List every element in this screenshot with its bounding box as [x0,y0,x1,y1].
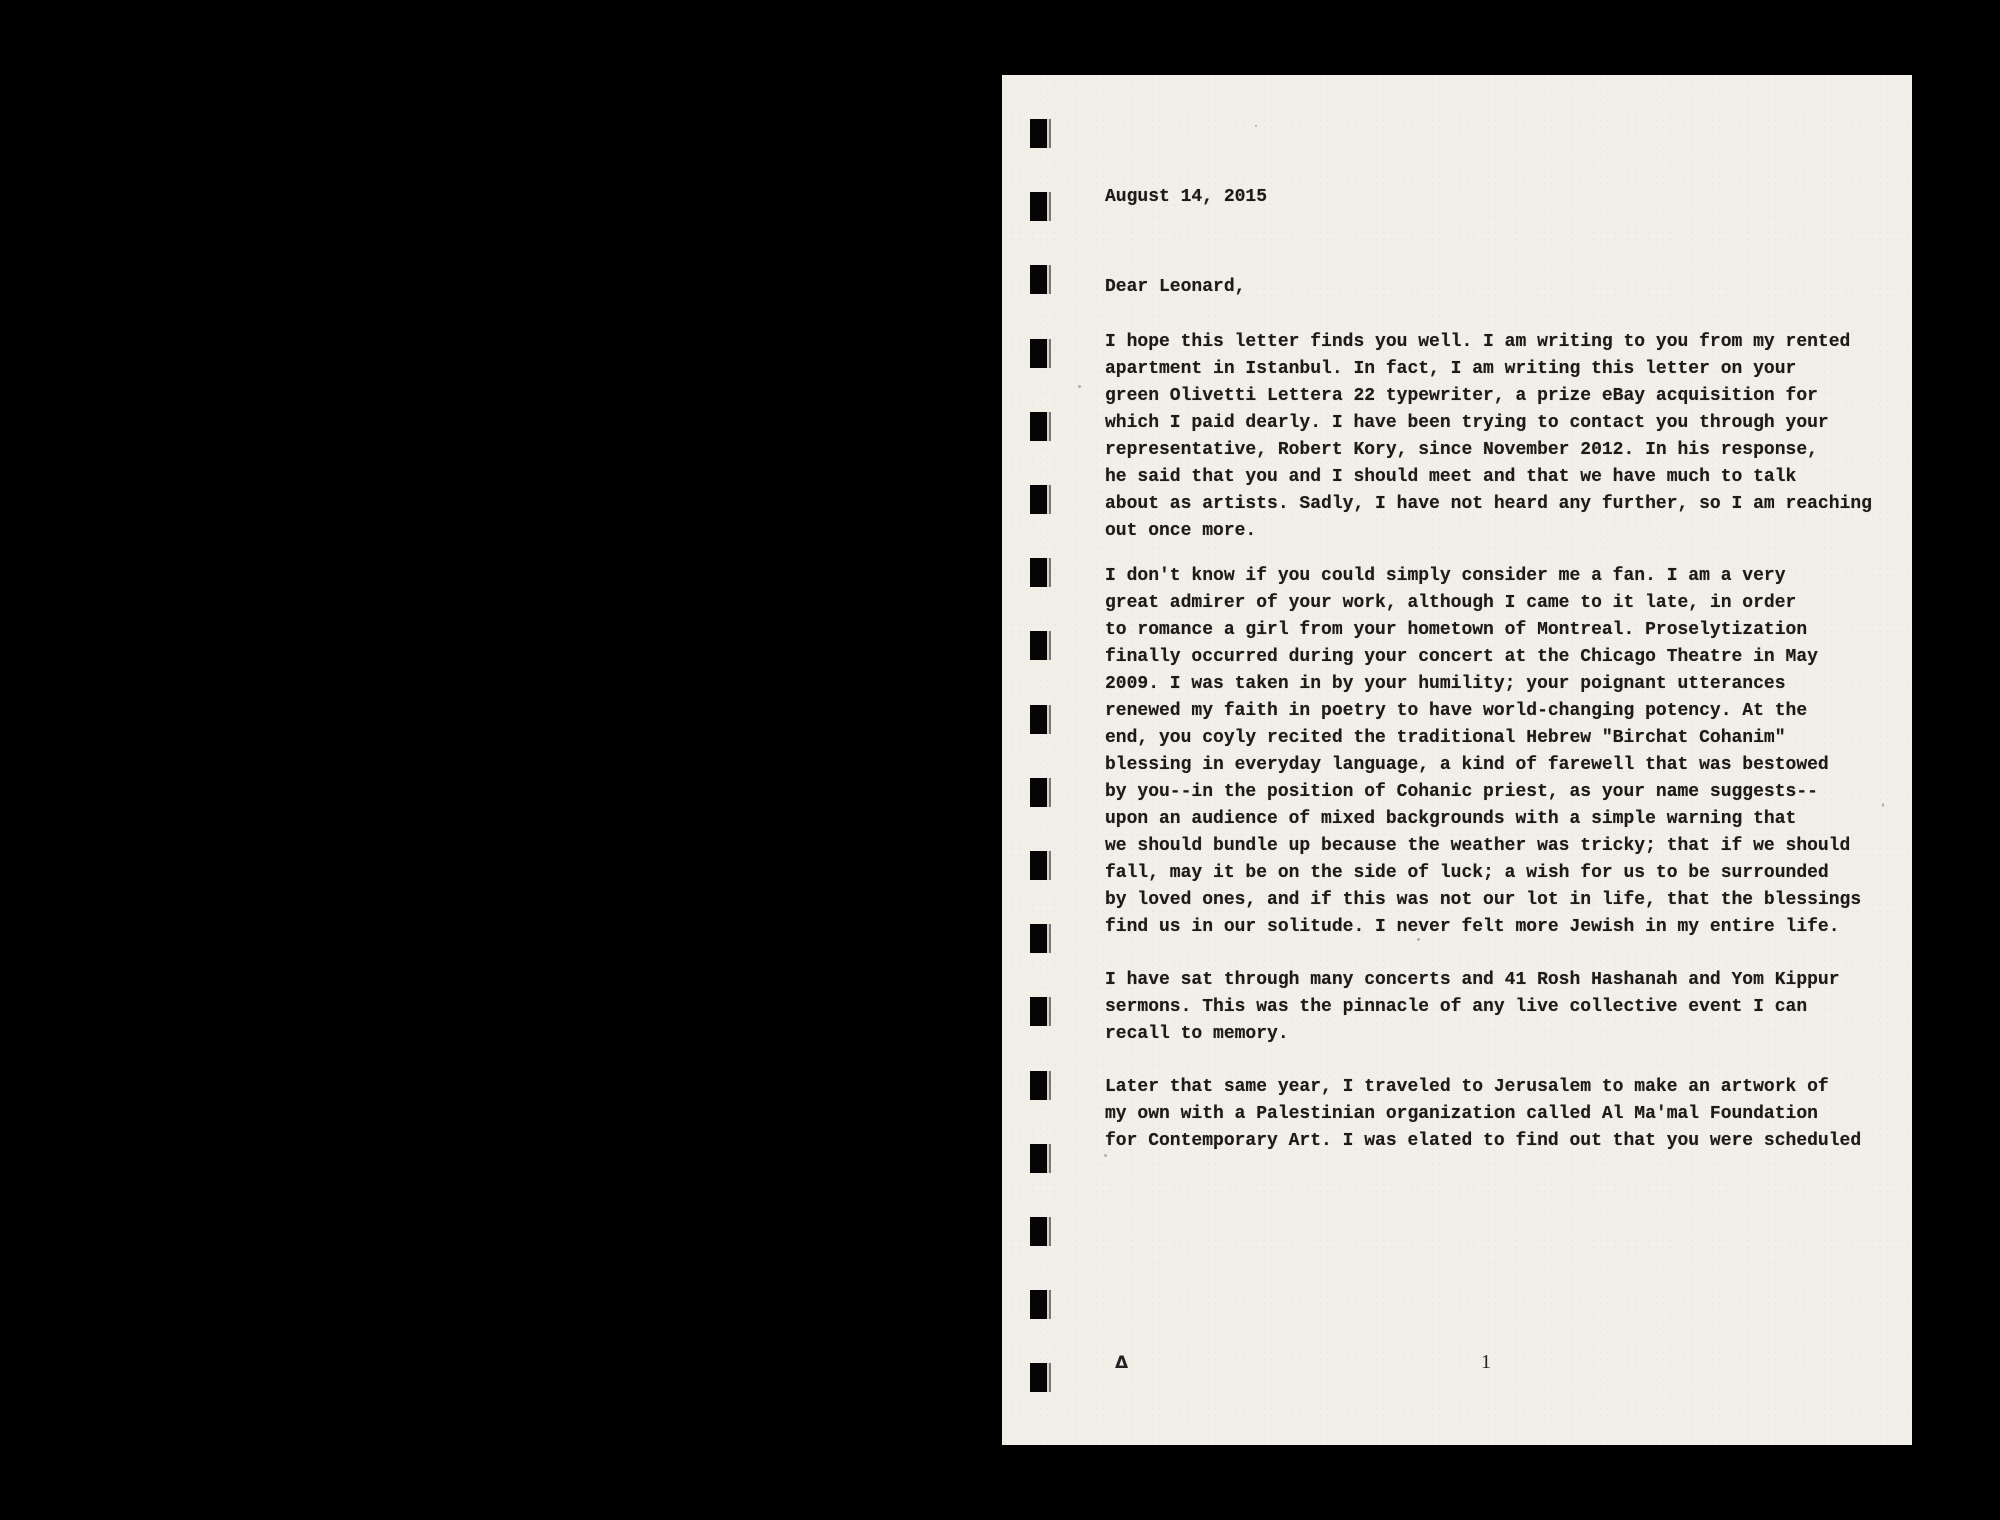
text-line: Later that same year, I traveled to Jeru… [1105,1074,1895,1101]
sprocket-hole [1030,631,1049,660]
paper-speck [1104,1154,1107,1157]
text-line: he said that you and I should meet and t… [1105,464,1895,491]
sprocket-hole [1030,339,1049,368]
text-line: blessing in everyday language, a kind of… [1105,752,1895,779]
sprocket-hole [1030,119,1049,148]
paragraph-1: I hope this letter finds you well. I am … [1105,329,1895,545]
sprocket-hole [1030,997,1049,1026]
sprocket-hole [1030,558,1049,587]
page-number: 1 [1481,1351,1491,1374]
text-line: apartment in Istanbul. In fact, I am wri… [1105,356,1895,383]
sprocket-hole [1030,1217,1049,1246]
letter-page: August 14, 2015 Dear Leonard, I hope thi… [1002,75,1912,1445]
text-line: my own with a Palestinian organization c… [1105,1101,1895,1128]
text-line: to romance a girl from your hometown of … [1105,617,1895,644]
sprocket-hole [1030,924,1049,953]
paper-speck [1417,938,1420,941]
text-line: renewed my faith in poetry to have world… [1105,698,1895,725]
text-line: out once more. [1105,518,1895,545]
text-line: recall to memory. [1105,1021,1895,1048]
paper-speck [1882,803,1884,807]
paper-speck [1078,385,1081,388]
sprocket-hole [1030,851,1049,880]
sprocket-hole [1030,1144,1049,1173]
text-line: find us in our solitude. I never felt mo… [1105,914,1895,941]
sprocket-hole [1030,485,1049,514]
text-line: great admirer of your work, although I c… [1105,590,1895,617]
sprocket-hole [1030,412,1049,441]
text-line: for Contemporary Art. I was elated to fi… [1105,1128,1895,1155]
text-line: representative, Robert Kory, since Novem… [1105,437,1895,464]
sprocket-hole [1030,1071,1049,1100]
sprocket-hole [1030,1290,1049,1319]
triangle-mark-icon: Δ [1115,1353,1128,1373]
text-line: upon an audience of mixed backgrounds wi… [1105,806,1895,833]
text-line: we should bundle up because the weather … [1105,833,1895,860]
text-line: sermons. This was the pinnacle of any li… [1105,994,1895,1021]
sprocket-holes [1002,75,1062,1445]
text-line: finally occurred during your concert at … [1105,644,1895,671]
text-line: by loved ones, and if this was not our l… [1105,887,1895,914]
sprocket-hole [1030,192,1049,221]
text-line: about as artists. Sadly, I have not hear… [1105,491,1895,518]
letter-date: August 14, 2015 [1105,184,1895,211]
sprocket-hole [1030,1363,1049,1392]
text-line: fall, may it be on the side of luck; a w… [1105,860,1895,887]
text-line: end, you coyly recited the traditional H… [1105,725,1895,752]
text-line: green Olivetti Lettera 22 typewriter, a … [1105,383,1895,410]
text-line: 2009. I was taken in by your humility; y… [1105,671,1895,698]
text-line: I have sat through many concerts and 41 … [1105,967,1895,994]
sprocket-hole [1030,705,1049,734]
paragraph-3: I have sat through many concerts and 41 … [1105,967,1895,1048]
text-line: which I paid dearly. I have been trying … [1105,410,1895,437]
paragraph-2: I don't know if you could simply conside… [1105,563,1895,941]
letter-salutation: Dear Leonard, [1105,274,1895,301]
sprocket-hole [1030,265,1049,294]
text-line: I hope this letter finds you well. I am … [1105,329,1895,356]
paper-speck [1255,125,1257,127]
sprocket-hole [1030,778,1049,807]
paragraph-4: Later that same year, I traveled to Jeru… [1105,1074,1895,1155]
text-line: I don't know if you could simply conside… [1105,563,1895,590]
letter-body: August 14, 2015 Dear Leonard, I hope thi… [1105,184,1895,1173]
text-line: by you--in the position of Cohanic pries… [1105,779,1895,806]
